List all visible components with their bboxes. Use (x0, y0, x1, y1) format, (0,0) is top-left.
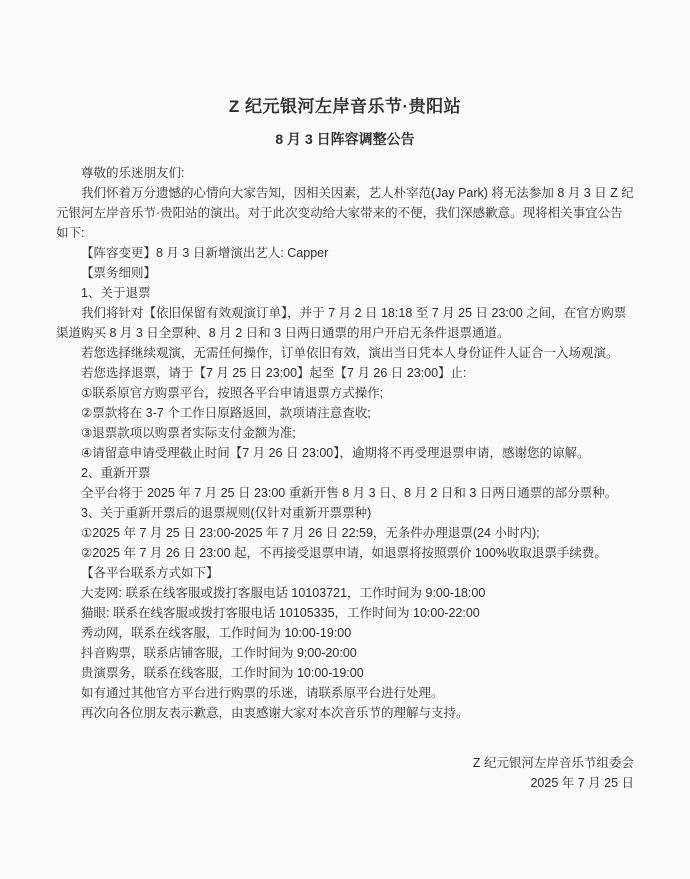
refund-section-heading: 1、关于退票 (56, 283, 634, 303)
closing-line: 再次向各位朋友表示歉意，由衷感谢大家对本次音乐节的理解与支持。 (56, 703, 634, 723)
refund-step-3: ③退票款项以购票者实际支付金额为准; (56, 423, 634, 443)
contacts-header: 【各平台联系方式如下】 (56, 563, 634, 583)
contact-damai: 大麦网: 联系在线客服或拨打客服电话 10103721，工作时间为 9:00-1… (56, 583, 634, 603)
contact-douyin: 抖音购票，联系店铺客服，工作时间为 9:00-20:00 (56, 643, 634, 663)
post-reopen-rule-1: ①2025 年 7 月 25 日 23:00-2025 年 7 月 26 日 2… (56, 523, 634, 543)
document-body: 尊敬的乐迷朋友们: 我们怀着万分遗憾的心情向大家告知，因相关因素，艺人朴宰范(J… (56, 163, 634, 793)
announcement-document: Z 纪元银河左岸音乐节·贵阳站 8 月 3 日阵容调整公告 尊敬的乐迷朋友们: … (0, 0, 690, 879)
page-subtitle: 8 月 3 日阵容调整公告 (56, 129, 634, 149)
page-title: Z 纪元银河左岸音乐节·贵阳站 (56, 92, 634, 117)
ticket-rules-header: 【票务细则】 (56, 263, 634, 283)
reopen-section-heading: 2、重新开票 (56, 463, 634, 483)
refund-step-4: ④请留意申请受理截止时间【7 月 26 日 23:00】，逾期将不再受理退票申请… (56, 443, 634, 463)
salutation: 尊敬的乐迷朋友们: (56, 163, 634, 183)
signature-block: Z 纪元银河左岸音乐节组委会 2025 年 7 月 25 日 (56, 753, 634, 793)
refund-step-2: ②票款将在 3-7 个工作日原路返回，款项请注意查收; (56, 403, 634, 423)
signature-date: 2025 年 7 月 25 日 (56, 773, 634, 793)
post-reopen-section-heading: 3、关于重新开票后的退票规则(仅针对重新开票票种) (56, 503, 634, 523)
post-reopen-rule-2: ②2025 年 7 月 26 日 23:00 起，不再接受退票申请，如退票将按照… (56, 543, 634, 563)
contact-maoyan: 猫眼: 联系在线客服或拨打客服电话 10105335，工作时间为 10:00-2… (56, 603, 634, 623)
refund-paragraph-choose: 若您选择退票，请于【7 月 25 日 23:00】起至【7 月 26 日 23:… (56, 363, 634, 383)
contact-xiudong: 秀动网，联系在线客服，工作时间为 10:00-19:00 (56, 623, 634, 643)
contact-guiyan: 贵演票务，联系在线客服，工作时间为 10:00-19:00 (56, 663, 634, 683)
refund-paragraph-window: 我们将针对【依旧保留有效观演订单】，并于 7 月 2 日 18:18 至 7 月… (56, 303, 634, 343)
reopen-paragraph: 全平台将于 2025 年 7 月 25 日 23:00 重新开售 8 月 3 日… (56, 483, 634, 503)
intro-paragraph: 我们怀着万分遗憾的心情向大家告知，因相关因素，艺人朴宰范(Jay Park) 将… (56, 183, 634, 243)
refund-step-1: ①联系原官方购票平台，按照各平台申请退票方式操作; (56, 383, 634, 403)
refund-paragraph-keep: 若您选择继续观演，无需任何操作，订单依旧有效，演出当日凭本人身份证件人证合一入场… (56, 343, 634, 363)
contact-other-platforms: 如有通过其他官方平台进行购票的乐迷，请联系原平台进行处理。 (56, 683, 634, 703)
signature-org: Z 纪元银河左岸音乐节组委会 (56, 753, 634, 773)
lineup-change-line: 【阵容变更】8 月 3 日新增演出艺人: Capper (56, 243, 634, 263)
